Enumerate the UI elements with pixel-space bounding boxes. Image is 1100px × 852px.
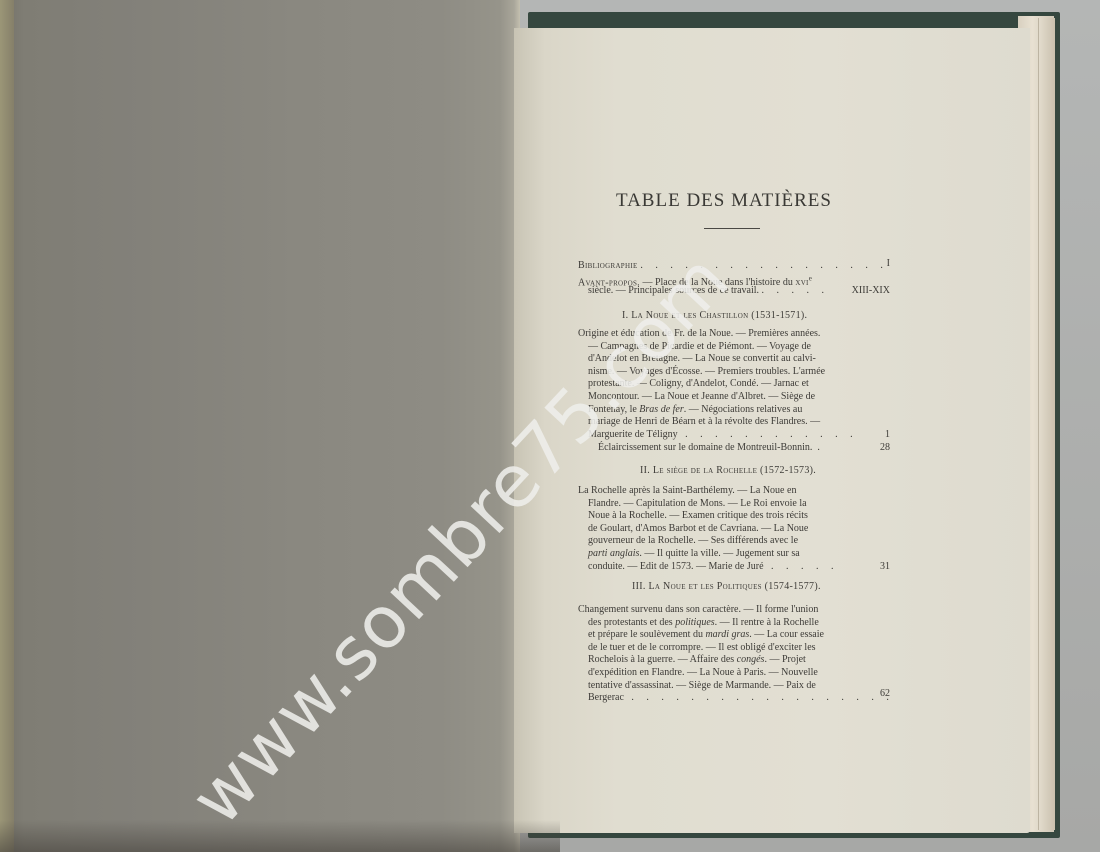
chapter-1-line: Marguerite de Téligny . . . . . . . . . … <box>588 429 858 441</box>
page-number: 1 <box>874 429 890 440</box>
chapter-2-line: Noue à la Rochelle. — Examen critique de… <box>588 510 808 522</box>
chapter-3-line: des protestants et des politiques. — Il … <box>588 617 819 629</box>
chapter-2-line: La Rochelle après la Saint-Barthélemy. —… <box>578 485 796 497</box>
toc-entry-avant-propos-line2: siècle. — Principales sources de ce trav… <box>588 285 829 297</box>
page-number: 31 <box>870 561 890 572</box>
chapter-1-line: Moncontour. — La Noue et Jeanne d'Albret… <box>588 391 815 403</box>
table-shadow <box>0 820 560 852</box>
left-page-blank <box>0 0 520 852</box>
chapter-3-line: Changement survenu dans son caractère. —… <box>578 604 818 616</box>
title-rule <box>704 228 760 229</box>
chapter-heading-3: III. La Noue et les Politiques (1574-157… <box>632 581 821 592</box>
chapter-1-line: Origine et éducation de Fr. de la Noue. … <box>578 328 820 340</box>
toc-entry-bibliographie: Bibliographie . . . . . . . . . . . . . … <box>578 260 888 272</box>
chapter-2-line: gouverneur de la Rochelle. — Ses différe… <box>588 535 798 547</box>
chapter-3-line: et prépare le soulèvement du mardi gras.… <box>588 629 824 641</box>
chapter-1-line: mariage de Henri de Béarn et à la révolt… <box>588 416 820 428</box>
page-number: XIII-XIX <box>840 285 890 296</box>
chapter-1-line: protestante. — Coligny, d'Andelot, Condé… <box>588 378 809 390</box>
chapter-3-line: tentative d'assassinat. — Siège de Marma… <box>588 680 816 692</box>
chapter-2-line: conduite. — Edit de 1573. — Marie de Jur… <box>588 561 839 573</box>
chapter-1-line: nisme. — Voyages d'Écosse. — Premiers tr… <box>588 366 825 378</box>
chapter-3-line: d'expédition en Flandre. — La Noue à Par… <box>588 667 818 679</box>
page-stack-edge-inner <box>1038 18 1055 830</box>
chapter-3-line: de le tuer et de le corrompre. — Il est … <box>588 642 816 654</box>
chapter-heading-1: I. La Noue et les Chastillon (1531-1571)… <box>622 310 807 321</box>
page-number: 62 <box>870 688 890 699</box>
page-number: I <box>874 258 890 269</box>
chapter-3-line: Bergerac . . . . . . . . . . . . . . . .… <box>588 692 894 704</box>
chapter-1-line: — Campagnes de Picardie et de Piémont. —… <box>588 341 811 353</box>
chapter-heading-2: II. Le siège de la Rochelle (1572-1573). <box>640 465 816 476</box>
chapter-2-line: Flandre. — Capitulation de Mons. — Le Ro… <box>588 498 807 510</box>
sub-entry-eclaircissement: Éclaircissement sur le domaine de Montre… <box>598 442 820 454</box>
toc-title: TABLE DES MATIÈRES <box>616 190 832 212</box>
page-number: 28 <box>870 442 890 453</box>
left-page-edge <box>0 0 14 852</box>
chapter-2-line: parti anglais. — Il quitte la ville. — J… <box>588 548 800 560</box>
chapter-3-line: Rochelois à la guerre. — Affaire des con… <box>588 654 806 666</box>
chapter-1-line: Fontenay, le Bras de fer. — Négociations… <box>588 404 802 416</box>
chapter-1-line: d'Andelot en Bretagne. — La Noue se conv… <box>588 353 816 365</box>
leader-dots: . . . . . . . . . . . . . . . . . <box>640 260 888 271</box>
chapter-2-line: de Goulart, d'Amos Barbot et de Cavriana… <box>588 523 808 535</box>
right-page: TABLE DES MATIÈRES Bibliographie . . . .… <box>514 28 1030 833</box>
